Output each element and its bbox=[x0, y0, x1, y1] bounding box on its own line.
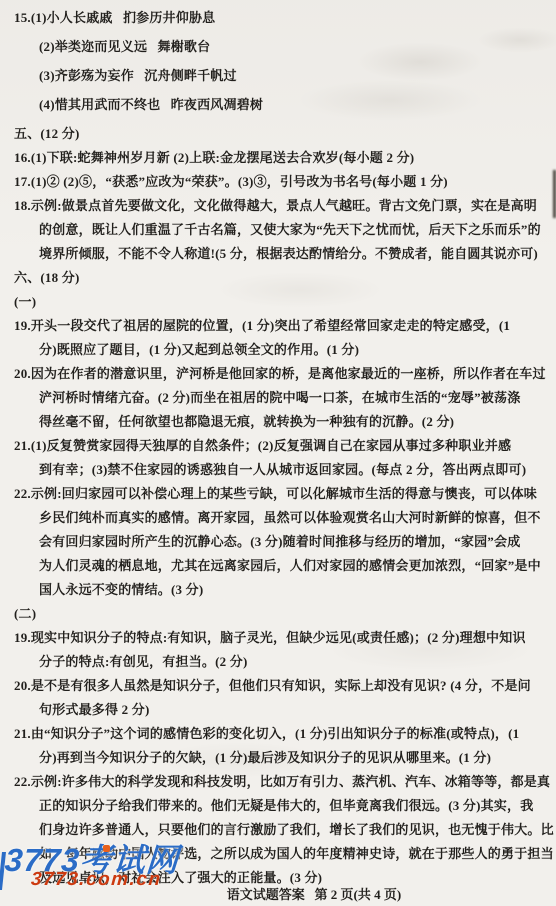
answer-line-22a-cont: 会有回归家园时所产生的沉静心态。(3 分)随着时间推移与经历的增加，“家园”会成 bbox=[0, 530, 556, 554]
answer-line-18-cont: 的创意，既让人们重温了千古名篇，又使大家为“先天下之忧而忧，后天下之乐而乐”的 bbox=[0, 218, 556, 242]
answer-line-17: 17.(1)② (2)⑤，“获悉”应改为“荣获”。(3)③，引号改为书名号(每小… bbox=[0, 170, 556, 194]
scanned-answer-sheet-page: 15.(1)小人长戚戚 扪参历井仰胁息 (2)举类迩而见义远 舞榭歌台 (3)齐… bbox=[0, 0, 556, 906]
answer-line-22a-cont: 乡民们纯朴而真实的感情。离开家园，虽然可以体验观赏名山大河时新鲜的惊喜，但不 bbox=[0, 506, 556, 530]
answer-line-19b: 19.现实中知识分子的特点:有知识，脑子灵光，但缺少远见(或责任感)；(2 分)… bbox=[0, 626, 556, 650]
answer-line-19b-cont: 分子的特点:有创见，有担当。(2 分) bbox=[0, 650, 556, 674]
answer-line-20a: 20.因为在作者的潜意识里，浐河桥是他回家的桥，是离他家最近的一座桥，所以作者在… bbox=[0, 362, 556, 386]
answer-line-22a-cont: 国人永远不变的情结。(3 分) bbox=[0, 578, 556, 602]
answer-line-15-2: (2)举类迩而见义远 舞榭歌台 bbox=[0, 35, 556, 59]
part-one-label: (一) bbox=[0, 290, 556, 314]
answer-line-22a-cont: 为人们灵魂的栖息地，尤其在远离家园后，人们对家园的感情会更加浓烈，“回家”是中 bbox=[0, 554, 556, 578]
answer-line-22b: 22.示例:许多伟大的科学发现和科技发明，比如万有引力、蒸汽机、汽车、冰箱等等，… bbox=[0, 770, 556, 794]
answer-line-20b: 20.是不是有很多人虽然是知识分子，但他们只有知识，实际上却没有见识? (4 分… bbox=[0, 674, 556, 698]
answer-line-18: 18.示例:做景点首先要做文化，文化做得越大，景点人气越旺。背古文免门票，实在是… bbox=[0, 194, 556, 218]
answer-text-block: 15.(1)小人长戚戚 扪参历井仰胁息 (2)举类迩而见义远 舞榭歌台 (3)齐… bbox=[0, 6, 556, 890]
answer-line-20b-cont: 句形式最多得 2 分) bbox=[0, 698, 556, 722]
section-5-heading: 五、(12 分) bbox=[0, 122, 556, 146]
section-6-heading: 六、(18 分) bbox=[0, 266, 556, 290]
answer-line-21a: 21.(1)反复赞赏家园得天独厚的自然条件；(2)反复强调自己在家园从事过多种职… bbox=[0, 434, 556, 458]
answer-line-22a: 22.示例:回归家园可以补偿心理上的某些亏缺，可以化解城市生活的得意与懊丧，可以… bbox=[0, 482, 556, 506]
answer-line-16: 16.(1)下联:蛇舞神州岁月新 (2)上联:金龙摆尾送去合欢岁(每小题 2 分… bbox=[0, 146, 556, 170]
answer-line-21b-cont: 分)再到当今知识分子的欠缺，(1 分)最后涉及知识分子的见识从哪里来。(1 分) bbox=[0, 746, 556, 770]
answer-line-18-cont: 境界所倾服，不能不令人称道!(5 分，根据表达酌情给分。不赞成者，能自圆其说亦可… bbox=[0, 242, 556, 266]
answer-line-15-3: (3)齐彭殇为妄作 沉舟侧畔千帆过 bbox=[0, 64, 556, 88]
watermark-orange-dot-icon bbox=[103, 845, 110, 852]
answer-line-21b: 21.由“知识分子”这个词的感情色彩的变化切入，(1 分)引出知识分子的标准(或… bbox=[0, 722, 556, 746]
part-two-label: (二) bbox=[0, 602, 556, 626]
answer-line-20a-cont: 浐河桥时情绪亢奋。(2 分)而坐在祖居的院中喝一口茶，在城市生活的“宠辱”被荡涤 bbox=[0, 386, 556, 410]
answer-line-19a-cont: 分)既照应了题目，(1 分)又起到总领全文的作用。(1 分) bbox=[0, 338, 556, 362]
answer-line-15-1: 15.(1)小人长戚戚 扪参历井仰胁息 bbox=[0, 6, 556, 30]
answer-line-21a-cont: 到有幸；(3)禁不住家园的诱惑独自一人从城市返回家园。(每点 2 分，答出两点即… bbox=[0, 458, 556, 482]
answer-line-22b-cont: 正的知识分子给我们带来的。他们无疑是伟大的，但毕竟离我们很远。(3 分)其实，我 bbox=[0, 794, 556, 818]
answer-line-19a: 19.开头一段交代了祖居的屋院的位置，(1 分)突出了希望经常回家走走的特定感受… bbox=[0, 314, 556, 338]
watermark-site-url: 3773.com.cn bbox=[30, 869, 162, 891]
answer-line-15-4: (4)惜其用武而不终也 昨夜西风凋碧树 bbox=[0, 93, 556, 117]
answer-line-20a-cont: 得丝毫不留，任何欲望也都隐退无痕，就转换为一种独有的沉静。(2 分) bbox=[0, 410, 556, 434]
